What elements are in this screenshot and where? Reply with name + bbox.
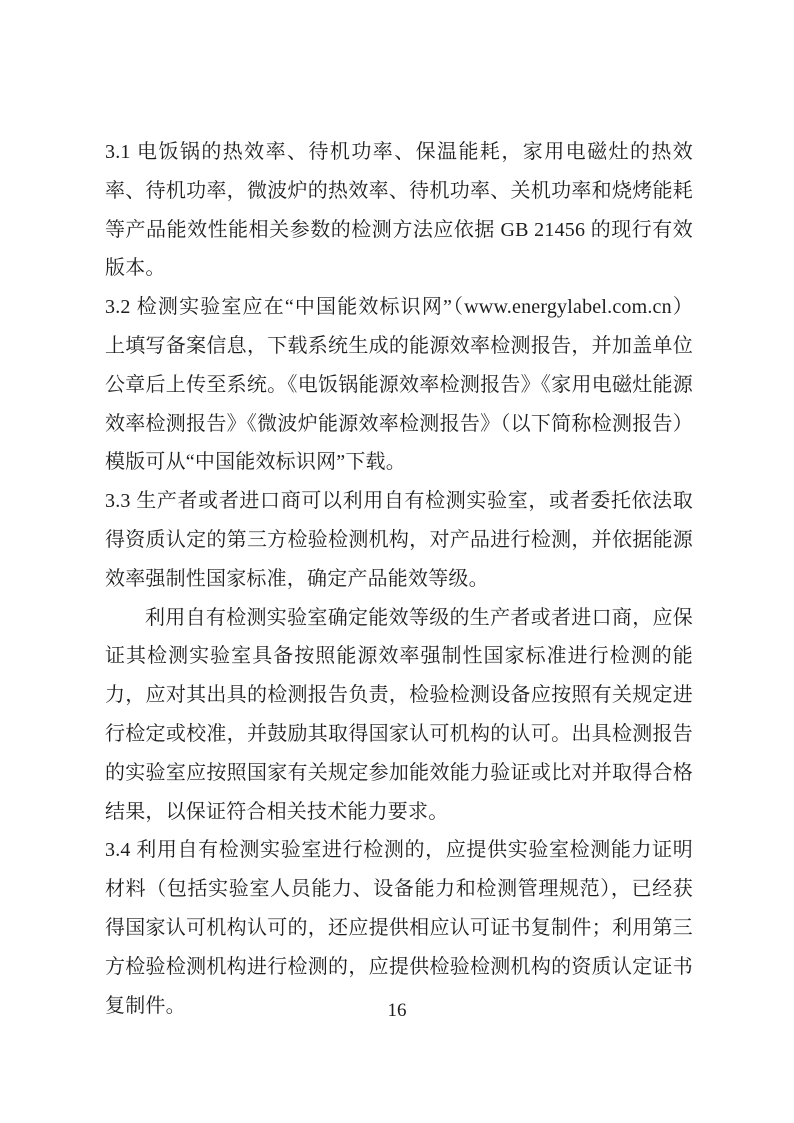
paragraph-3-2-energy-label-site: 3.2 检测实验室应在“中国能效标识网”（www.energylabel.com… [105,288,693,482]
page-number: 16 [0,1000,794,1022]
document-page: 3.1 电饭锅的热效率、待机功率、保温能耗，家用电磁灶的热效率、待机功率，微波炉… [0,0,794,1123]
paragraph-3-1-test-methods: 3.1 电饭锅的热效率、待机功率、保温能耗，家用电磁灶的热效率、待机功率，微波炉… [105,133,693,288]
paragraph-3-4-proof-materials: 3.4 利用自有检测实验室进行检测的，应提供实验室检测能力证明材料（包括实验室人… [105,831,693,1025]
paragraph-lab-capability-requirements: 利用自有检测实验室确定能效等级的生产者或者进口商，应保证其检测实验室具备按照能源… [105,599,693,832]
document-body: 3.1 电饭锅的热效率、待机功率、保温能耗，家用电磁灶的热效率、待机功率，微波炉… [105,133,693,1025]
paragraph-3-3-own-lab-or-third-party: 3.3 生产者或者进口商可以利用自有检测实验室，或者委托依法取得资质认定的第三方… [105,482,693,598]
